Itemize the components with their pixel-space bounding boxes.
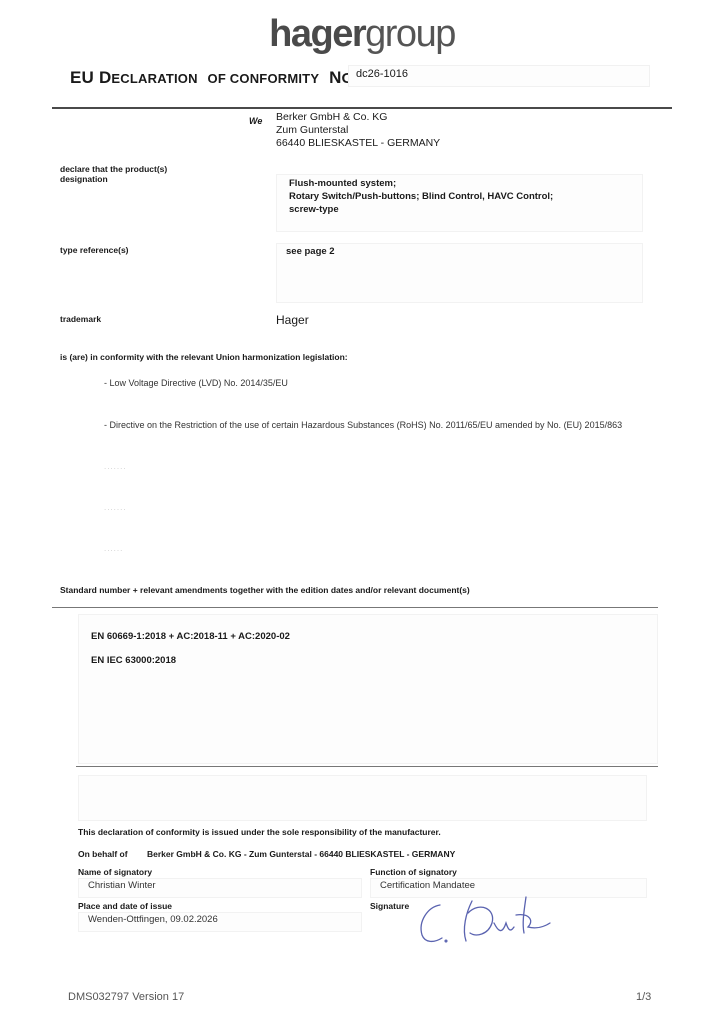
address-line: Zum Gunterstal <box>276 124 440 137</box>
directive-placeholder: ....... <box>104 503 127 512</box>
address-line: Berker GmbH & Co. KG <box>276 111 440 124</box>
trademark-label: trademark <box>60 314 101 324</box>
standards-heading: Standard number + relevant amendments to… <box>60 585 470 595</box>
logo-bold-part: hager <box>269 13 365 55</box>
standard-item: EN 60669-1:2018 + AC:2018-11 + AC:2020-0… <box>91 631 290 642</box>
standard-item: EN IEC 63000:2018 <box>91 655 176 666</box>
legislation-heading: is (are) in conformity with the relevant… <box>60 352 348 362</box>
handwritten-signature-icon <box>410 893 580 953</box>
doc-number: dc26-1016 <box>356 68 408 80</box>
header-divider <box>52 107 672 109</box>
on-behalf-label: On behalf of <box>78 849 128 859</box>
product-label: declare that the product(s) designation <box>60 164 167 184</box>
product-designation: Flush-mounted system; Rotary Switch/Push… <box>289 177 553 216</box>
title-part: ECLARATION <box>111 71 197 86</box>
we-label: We <box>249 116 262 126</box>
document-version: DMS032797 Version 17 <box>68 991 184 1003</box>
designation-line: Rotary Switch/Push-buttons; Blind Contro… <box>289 190 553 203</box>
signatory-name-label: Name of signatory <box>78 867 152 877</box>
type-reference-label: type reference(s) <box>60 245 129 255</box>
title-part: N <box>329 68 341 87</box>
trademark-value: Hager <box>276 313 309 327</box>
document-title: EU DECLARATION OF CONFORMITY NO. <box>70 68 358 88</box>
signatory-function-label: Function of signatory <box>370 867 457 877</box>
signatory-name: Christian Winter <box>88 880 156 891</box>
title-part: OF CONFORMITY <box>208 71 320 86</box>
directive-rohs: - Directive on the Restriction of the us… <box>104 420 622 430</box>
directive-placeholder: ...... <box>104 544 123 553</box>
product-label-line: designation <box>60 174 167 184</box>
standards-bottom-divider <box>76 766 658 767</box>
directive-lvd: - Low Voltage Directive (LVD) No. 2014/3… <box>104 378 288 388</box>
designation-line: Flush-mounted system; <box>289 177 553 190</box>
product-label-line: declare that the product(s) <box>60 164 167 174</box>
type-reference-value: see page 2 <box>286 246 335 257</box>
place-date-label: Place and date of issue <box>78 901 172 911</box>
hagergroup-logo: hagergroup <box>0 12 724 56</box>
standards-divider <box>52 607 658 608</box>
on-behalf-value: Berker GmbH & Co. KG - Zum Gunterstal - … <box>147 849 455 859</box>
additional-info-field[interactable] <box>78 775 647 821</box>
designation-line: screw-type <box>289 203 553 216</box>
signature-label: Signature <box>370 901 409 911</box>
place-date: Wenden-Ottfingen, 09.02.2026 <box>88 914 218 925</box>
issuer-address: Berker GmbH & Co. KG Zum Gunterstal 6644… <box>276 111 440 150</box>
directive-placeholder: ....... <box>104 462 127 471</box>
signatory-function: Certification Mandatee <box>380 880 475 891</box>
page-number: 1/3 <box>636 991 651 1003</box>
address-line: 66440 BLIESKASTEL - GERMANY <box>276 137 440 150</box>
title-part: EU D <box>70 68 111 87</box>
responsibility-statement: This declaration of conformity is issued… <box>78 827 441 837</box>
logo-light-part: group <box>365 13 455 55</box>
